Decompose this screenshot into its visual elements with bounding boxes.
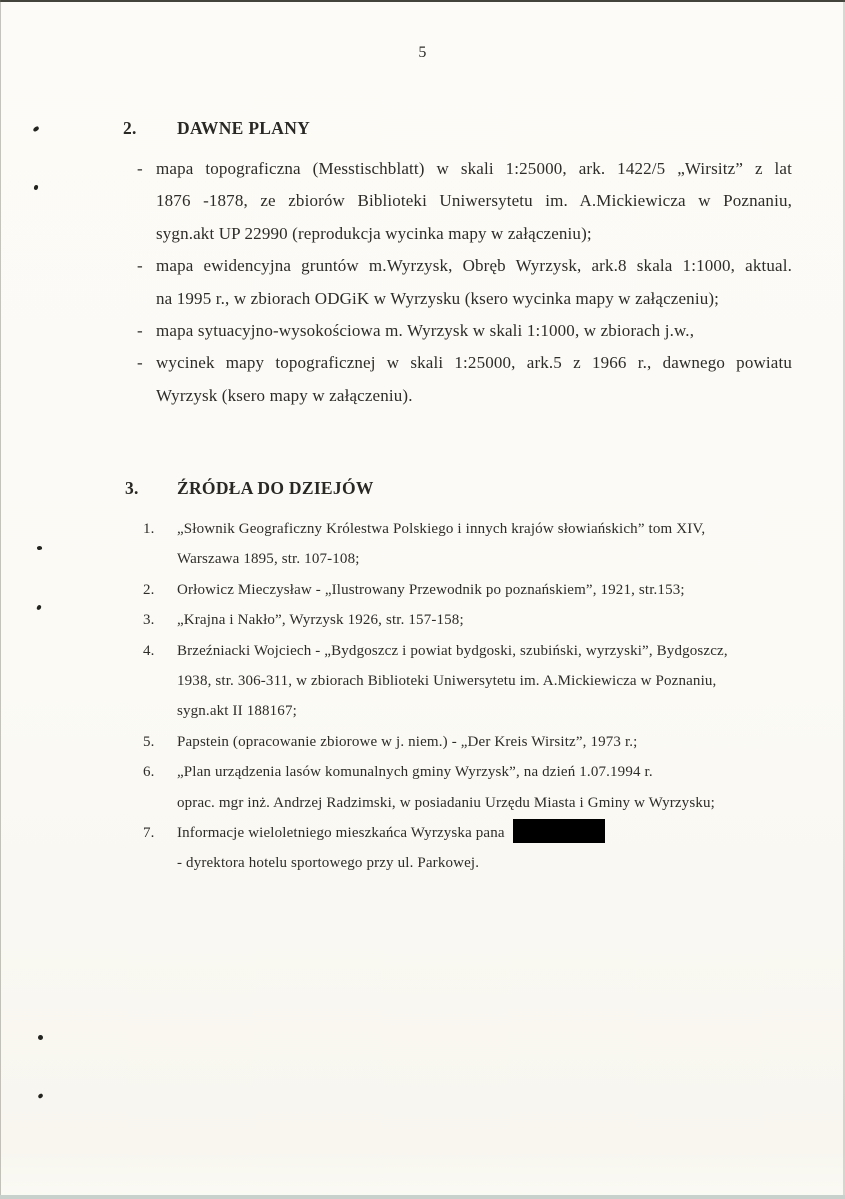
list-item: 4. Brzeźniacki Wojciech - „Bydgoszcz i p… xyxy=(143,636,793,727)
scan-bottom-edge xyxy=(0,1195,845,1199)
scan-speck xyxy=(37,1093,43,1099)
list-item: 7. Informacje wieloletniego mieszkańca W… xyxy=(143,818,793,879)
list-item: 2. Orłowicz Mieczysław - „Ilustrowany Pr… xyxy=(143,575,793,605)
item-number: 7. xyxy=(143,818,155,848)
section-3-number: 3. xyxy=(125,478,177,499)
list-item-line: 1938, str. 306-311, w zbiorach Bibliotek… xyxy=(177,666,793,696)
list-item: 5. Papstein (opracowanie zbiorowe w j. n… xyxy=(143,727,793,757)
list-item-line: „Słownik Geograficzny Królestwa Polskieg… xyxy=(177,514,793,544)
item-number: 1. xyxy=(143,514,155,544)
list-item: 1. „Słownik Geograficzny Królestwa Polsk… xyxy=(143,514,793,575)
list-item: 6. „Plan urządzenia lasów komunalnych gm… xyxy=(143,757,793,818)
list-item-line: sygn.akt II 188167; xyxy=(177,696,793,726)
list-item-line: 1876 -1878, ze zbiorów Biblioteki Uniwer… xyxy=(156,185,792,217)
list-item-text: Informacje wieloletniego mieszkańca Wyrz… xyxy=(177,825,505,841)
scan-speck xyxy=(34,185,39,191)
list-item-line: Wyrzysk (ksero mapy w załączeniu). xyxy=(156,380,792,412)
section-2-number: 2. xyxy=(123,118,177,139)
item-number: 4. xyxy=(143,636,155,666)
list-item-line: „Krajna i Nakło”, Wyrzysk 1926, str. 157… xyxy=(177,605,793,635)
list-item: - wycinek mapy topograficznej w skali 1:… xyxy=(137,347,792,412)
scan-speck xyxy=(32,126,39,132)
scan-top-edge xyxy=(0,0,845,2)
item-number: 5. xyxy=(143,727,155,757)
bullet-dash: - xyxy=(137,153,143,185)
list-item: - mapa topograficzna (Messtischblatt) w … xyxy=(137,153,792,250)
list-item-line: - dyrektora hotelu sportowego przy ul. P… xyxy=(177,848,793,878)
bullet-dash: - xyxy=(137,250,143,282)
page-number: 5 xyxy=(0,44,845,62)
section-3-heading: 3.ŹRÓDŁA DO DZIEJÓW xyxy=(125,478,374,499)
bullet-dash: - xyxy=(137,347,143,379)
scan-speck xyxy=(36,604,41,610)
bullet-dash: - xyxy=(137,315,143,347)
list-item-line: Brzeźniacki Wojciech - „Bydgoszcz i powi… xyxy=(177,636,793,666)
item-number: 2. xyxy=(143,575,155,605)
list-item-line: oprac. mgr inż. Andrzej Radzimski, w pos… xyxy=(177,788,793,818)
list-item-line: mapa topograficzna (Messtischblatt) w sk… xyxy=(156,153,792,185)
list-item: - mapa ewidencyjna gruntów m.Wyrzysk, Ob… xyxy=(137,250,792,315)
list-item-line: na 1995 r., w zbiorach ODGiK w Wyrzysku … xyxy=(156,283,792,315)
list-item-line: mapa ewidencyjna gruntów m.Wyrzysk, Obrę… xyxy=(156,250,792,282)
list-item-line: mapa sytuacyjno-wysokościowa m. Wyrzysk … xyxy=(156,315,792,347)
list-item: - mapa sytuacyjno-wysokościowa m. Wyrzys… xyxy=(137,315,792,347)
scanned-document-page: { "page_number": "5", "colors": { "paper… xyxy=(0,0,845,1199)
item-number: 6. xyxy=(143,757,155,787)
scan-left-edge xyxy=(0,0,1,1199)
section-3-list: 1. „Słownik Geograficzny Królestwa Polsk… xyxy=(143,514,793,879)
section-2-heading: 2.DAWNE PLANY xyxy=(123,118,310,139)
list-item-line: „Plan urządzenia lasów komunalnych gminy… xyxy=(177,757,793,787)
list-item-line: wycinek mapy topograficznej w skali 1:25… xyxy=(156,347,792,379)
section-3-title: ŹRÓDŁA DO DZIEJÓW xyxy=(177,478,374,498)
scan-speck xyxy=(38,1035,43,1040)
list-item-line: sygn.akt UP 22990 (reprodukcja wycinka m… xyxy=(156,218,792,250)
scan-speck xyxy=(37,545,43,550)
list-item-line: Warszawa 1895, str. 107-108; xyxy=(177,544,793,574)
list-item-line: Papstein (opracowanie zbiorowe w j. niem… xyxy=(177,727,793,757)
section-2-title: DAWNE PLANY xyxy=(177,118,310,138)
item-number: 3. xyxy=(143,605,155,635)
section-2-list: - mapa topograficzna (Messtischblatt) w … xyxy=(137,153,792,412)
list-item-line: Orłowicz Mieczysław - „Ilustrowany Przew… xyxy=(177,575,793,605)
list-item: 3. „Krajna i Nakło”, Wyrzysk 1926, str. … xyxy=(143,605,793,635)
redacted-name-box xyxy=(513,819,605,843)
list-item-line: Informacje wieloletniego mieszkańca Wyrz… xyxy=(177,818,793,848)
